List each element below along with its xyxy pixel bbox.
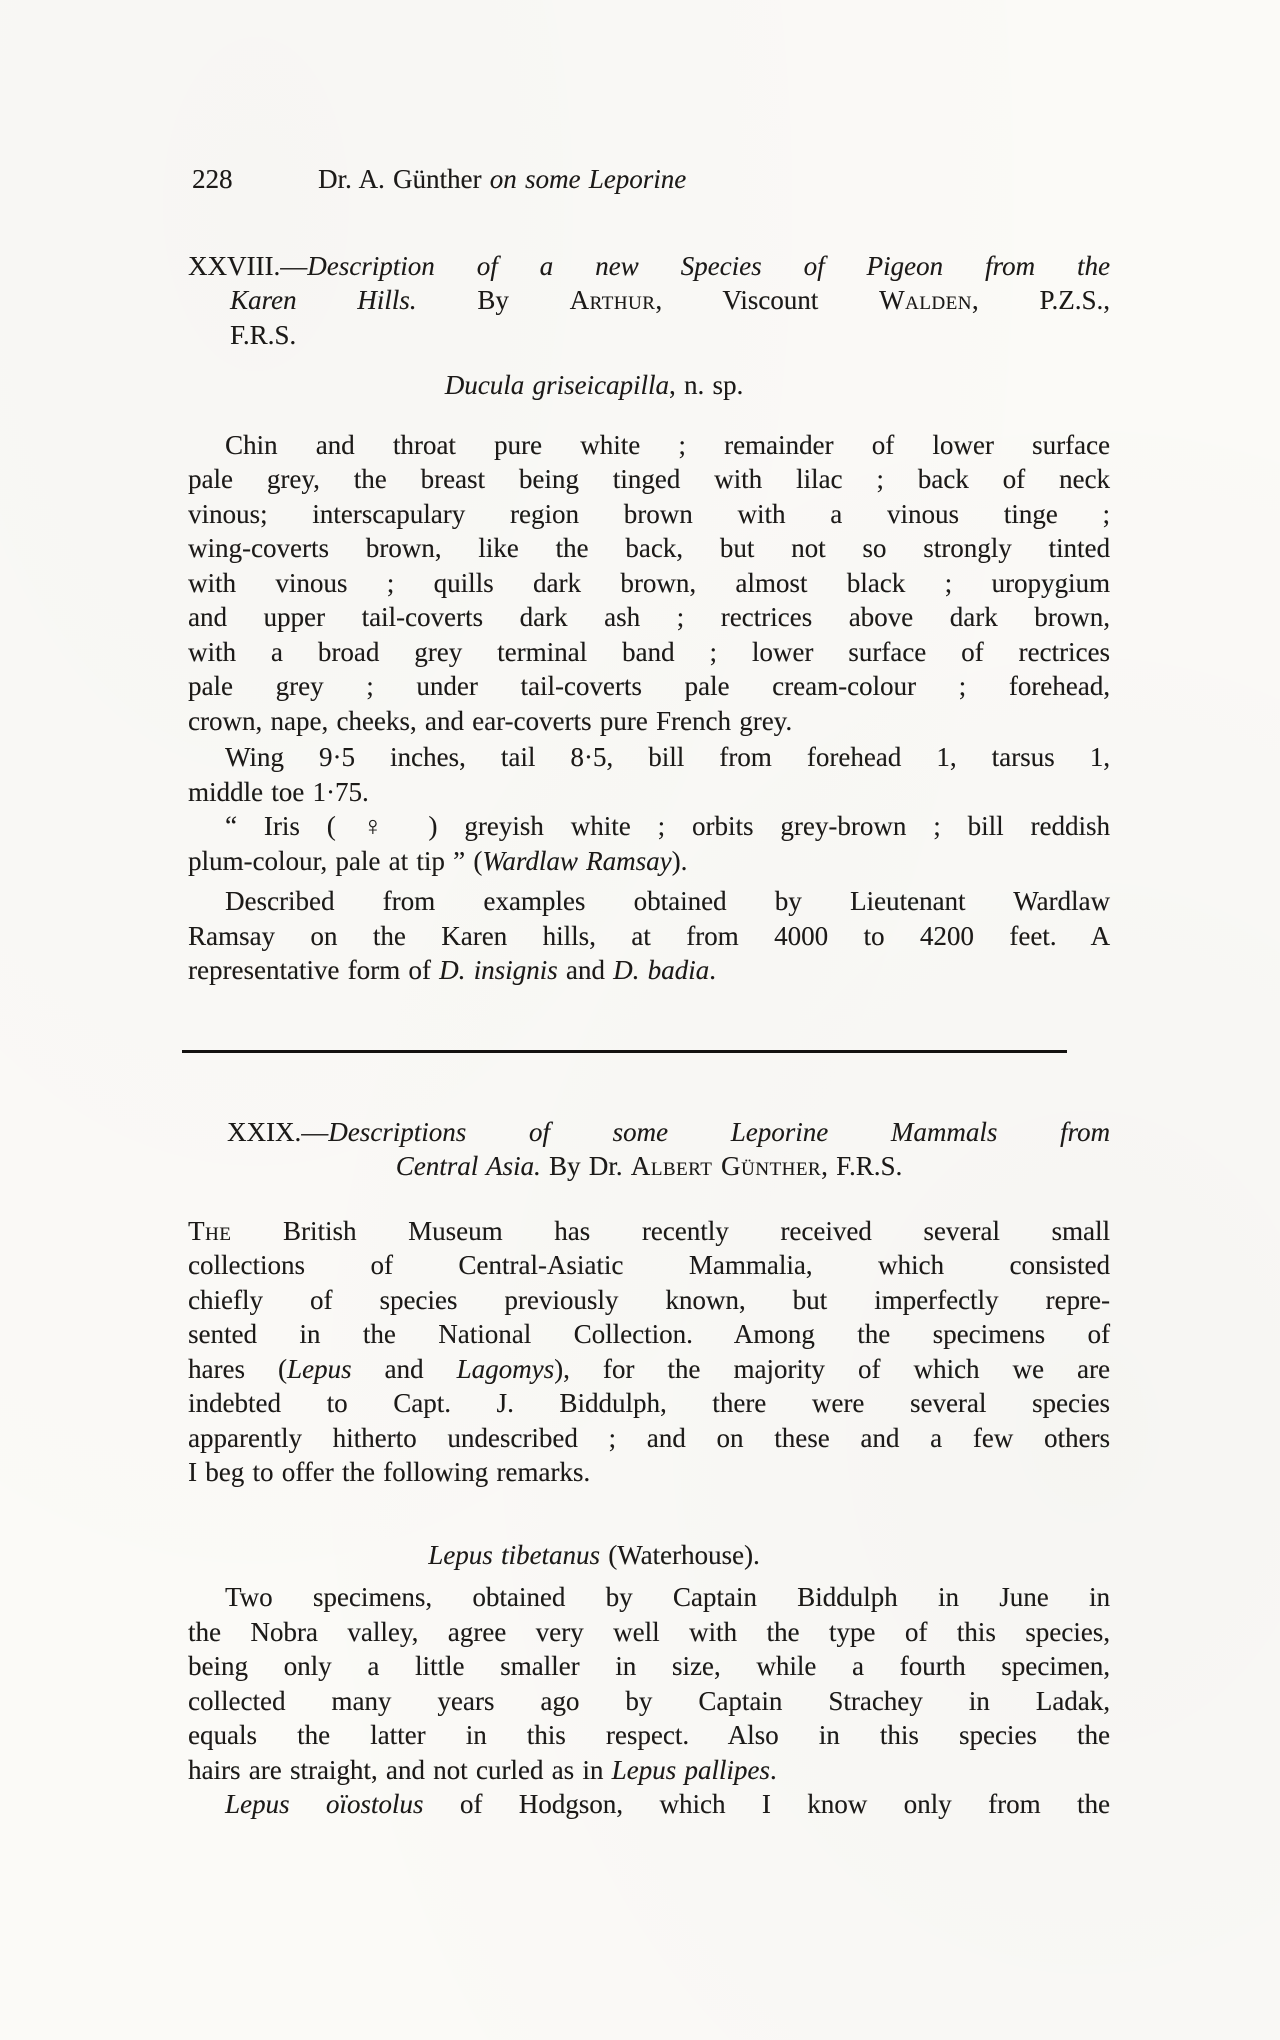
text-segment: apparently hitherto undescribed ; and on…	[188, 1423, 1110, 1453]
text-line: XXVIII.—Description of a new Species of …	[188, 249, 1110, 284]
text-segment: “ Iris ( ♀ ) greyish white ; orbits grey…	[225, 811, 1110, 841]
text-line: plum-colour, pale at tip ” (Wardlaw Rams…	[188, 844, 1110, 879]
text-line: being only a little smaller in size, whi…	[188, 1649, 1110, 1684]
running-title: Dr. A. Günther on some Leporine	[188, 162, 1110, 197]
text-segment: indebted to Capt. J. Biddulph, there wer…	[188, 1388, 1110, 1418]
article-29-intro-paragraph: The British Museum has recently received…	[188, 1214, 1110, 1490]
text-line: with vinous ; quills dark brown, almost …	[188, 566, 1110, 601]
text-line: Wing 9·5 inches, tail 8·5, bill from for…	[188, 740, 1110, 775]
text-segment: being only a little smaller in size, whi…	[188, 1651, 1110, 1681]
lepus-oiostolus-paragraph: Lepus oïostolus of Hodgson, which I know…	[188, 1787, 1110, 1822]
text-segment: with vinous ; quills dark brown, almost …	[188, 568, 1110, 598]
text-line: pale grey, the breast being tinged with …	[188, 462, 1110, 497]
text-line: Ducula griseicapilla, n. sp.	[133, 368, 1055, 403]
text-line: chiefly of species previously known, but…	[188, 1283, 1110, 1318]
text-line: “ Iris ( ♀ ) greyish white ; orbits grey…	[188, 809, 1110, 844]
text-segment: equals the latter in this respect. Also …	[188, 1720, 1110, 1750]
italic-text: Lagomys	[457, 1354, 555, 1384]
text-line: collections of Central-Asiatic Mammalia,…	[188, 1248, 1110, 1283]
text-segment: plum-colour, pale at tip ” (	[188, 846, 482, 876]
text-line: equals the latter in this respect. Also …	[188, 1718, 1110, 1753]
text-line: sented in the National Collection. Among…	[188, 1317, 1110, 1352]
text-segment: chiefly of species previously known, but…	[188, 1285, 1110, 1315]
smallcaps-text: Albert Günther	[631, 1151, 821, 1181]
text-line: F.R.S.	[188, 318, 1110, 353]
italic-text: Descriptions of some Leporine Mammals fr…	[328, 1117, 1110, 1147]
text-segment: I beg to offer the following remarks.	[188, 1457, 590, 1487]
text-line: I beg to offer the following remarks.	[188, 1455, 1110, 1490]
text-line: hairs are straight, and not curled as in…	[188, 1753, 1110, 1788]
text-segment: vinous; interscapulary region brown with…	[188, 499, 1110, 529]
text-line: and upper tail-coverts dark ash ; rectri…	[188, 600, 1110, 635]
text-segment: collected many years ago by Captain Stra…	[188, 1686, 1110, 1716]
text-line: the Nobra valley, agree very well with t…	[188, 1615, 1110, 1650]
text-line: representative form of D. insignis and D…	[188, 953, 1110, 988]
text-segment: , Viscount	[655, 285, 879, 315]
italic-text: Lepus tibetanus	[428, 1540, 600, 1570]
italic-text: Ducula griseicapilla	[445, 370, 669, 400]
description-paragraph: Chin and throat pure white ; remainder o…	[188, 428, 1110, 739]
text-line: collected many years ago by Captain Stra…	[188, 1684, 1110, 1719]
text-line: crown, nape, cheeks, and ear-coverts pur…	[188, 704, 1110, 739]
text-segment: crown, nape, cheeks, and ear-coverts pur…	[188, 706, 792, 736]
text-segment: (Waterhouse).	[600, 1540, 760, 1570]
lepus-tibetanus-heading: Lepus tibetanus (Waterhouse).	[133, 1538, 1055, 1573]
italic-text: D. badia	[613, 955, 709, 985]
text-line: middle toe 1·75.	[188, 775, 1110, 810]
running-header: 228 Dr. A. Günther on some Leporine	[188, 162, 1110, 197]
text-segment: British Museum has recently received sev…	[231, 1216, 1110, 1246]
measurements-paragraph: Wing 9·5 inches, tail 8·5, bill from for…	[188, 740, 1110, 809]
text-segment: and	[558, 955, 613, 985]
scanned-journal-page: 228 Dr. A. Günther on some Leporine XXVI…	[0, 0, 1280, 2040]
text-segment: middle toe 1·75.	[188, 777, 369, 807]
text-segment: By Dr.	[541, 1151, 631, 1181]
text-segment: sented in the National Collection. Among…	[188, 1319, 1110, 1349]
text-line: Dr. A. Günther on some Leporine	[188, 162, 1110, 197]
text-segment: , P.Z.S.,	[972, 285, 1110, 315]
text-segment: Two specimens, obtained by Captain Biddu…	[225, 1582, 1110, 1612]
text-line: with a broad grey terminal band ; lower …	[188, 635, 1110, 670]
text-segment: XXIX.—	[227, 1117, 328, 1147]
text-segment: Described from examples obtained by Lieu…	[225, 886, 1110, 916]
text-segment: pale grey, the breast being tinged with …	[188, 464, 1110, 494]
italic-text: Lepus	[287, 1354, 352, 1384]
text-line: Described from examples obtained by Lieu…	[188, 884, 1110, 919]
text-line: Lepus tibetanus (Waterhouse).	[133, 1538, 1055, 1573]
italic-text: Karen Hills.	[230, 285, 417, 315]
smallcaps-text: Walden	[879, 285, 972, 315]
text-segment: .	[709, 955, 716, 985]
text-line: Two specimens, obtained by Captain Biddu…	[188, 1580, 1110, 1615]
text-segment: , F.R.S.	[821, 1151, 902, 1181]
ducula-species-heading: Ducula griseicapilla, n. sp.	[133, 368, 1055, 403]
text-segment: By	[417, 285, 570, 315]
italic-text: on some Leporine	[490, 164, 686, 194]
text-line: Lepus oïostolus of Hodgson, which I know…	[188, 1787, 1110, 1822]
italic-text: Lepus pallipes	[612, 1755, 770, 1785]
italic-text: Central Asia.	[396, 1151, 541, 1181]
text-segment: representative form of	[188, 955, 439, 985]
text-segment: wing-coverts brown, like the back, but n…	[188, 533, 1110, 563]
text-segment: pale grey ; under tail-coverts pale crea…	[188, 671, 1110, 701]
text-segment: and	[352, 1354, 457, 1384]
text-line: pale grey ; under tail-coverts pale crea…	[188, 669, 1110, 704]
italic-text: Wardlaw Ramsay	[482, 846, 671, 876]
text-segment: and upper tail-coverts dark ash ; rectri…	[188, 602, 1110, 632]
text-line: wing-coverts brown, like the back, but n…	[188, 531, 1110, 566]
text-segment: F.R.S.	[230, 320, 296, 350]
article-29-heading: XXIX.—Descriptions of some Leporine Mamm…	[188, 1115, 1110, 1184]
text-line: XXIX.—Descriptions of some Leporine Mamm…	[188, 1115, 1110, 1150]
text-segment: of Hodgson, which I know only from the	[423, 1789, 1110, 1819]
text-line: indebted to Capt. J. Biddulph, there wer…	[188, 1386, 1110, 1421]
text-line: Central Asia. By Dr. Albert Günther, F.R…	[188, 1149, 1110, 1184]
lepus-tibetanus-paragraph: Two specimens, obtained by Captain Biddu…	[188, 1580, 1110, 1787]
italic-text: Lepus oïostolus	[225, 1789, 423, 1819]
text-segment: Dr. A. Günther	[318, 164, 490, 194]
text-segment: XXVIII.—	[188, 251, 307, 281]
text-line: Karen Hills. By Arthur, Viscount Walden,…	[188, 283, 1110, 318]
text-segment: , n. sp.	[669, 370, 743, 400]
text-line: Ramsay on the Karen hills, at from 4000 …	[188, 919, 1110, 954]
text-segment: Wing 9·5 inches, tail 8·5, bill from for…	[225, 742, 1110, 772]
text-segment: ), for the majority of which we are	[554, 1354, 1110, 1384]
text-line: Chin and throat pure white ; remainder o…	[188, 428, 1110, 463]
text-line: The British Museum has recently received…	[188, 1214, 1110, 1249]
text-segment: with a broad grey terminal band ; lower …	[188, 637, 1110, 667]
section-divider-rule	[182, 1050, 1067, 1053]
text-segment: Ramsay on the Karen hills, at from 4000 …	[188, 921, 1110, 951]
text-line: apparently hitherto undescribed ; and on…	[188, 1421, 1110, 1456]
text-line: hares (Lepus and Lagomys), for the major…	[188, 1352, 1110, 1387]
text-line: vinous; interscapulary region brown with…	[188, 497, 1110, 532]
text-segment: the Nobra valley, agree very well with t…	[188, 1617, 1110, 1647]
text-segment: hares (	[188, 1354, 287, 1384]
text-segment: hairs are straight, and not curled as in	[188, 1755, 612, 1785]
iris-quote-paragraph: “ Iris ( ♀ ) greyish white ; orbits grey…	[188, 809, 1110, 878]
text-segment: .	[770, 1755, 777, 1785]
italic-text: D. insignis	[439, 955, 558, 985]
text-segment: Chin and throat pure white ; remainder o…	[225, 430, 1110, 460]
text-segment: ).	[672, 846, 688, 876]
provenance-paragraph: Described from examples obtained by Lieu…	[188, 884, 1110, 988]
smallcaps-text: Arthur	[570, 285, 656, 315]
text-block: 228 Dr. A. Günther on some Leporine XXVI…	[188, 162, 1110, 1822]
text-segment: collections of Central-Asiatic Mammalia,…	[188, 1250, 1110, 1280]
italic-text: Description of a new Species of Pigeon f…	[307, 251, 1110, 281]
page-number: 228	[192, 162, 233, 197]
smallcaps-text: The	[188, 1216, 231, 1246]
article-28-heading: XXVIII.—Description of a new Species of …	[188, 249, 1110, 353]
